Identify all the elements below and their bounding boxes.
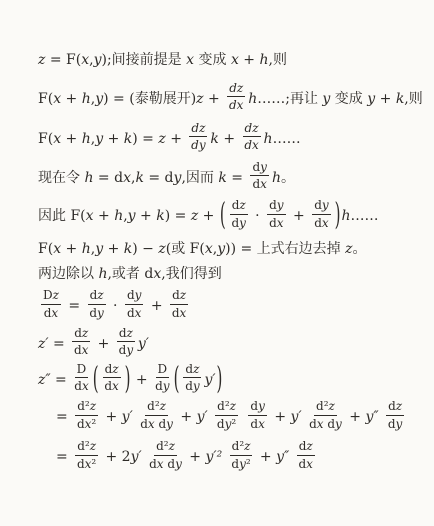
math-text: y: [95, 131, 103, 147]
math-text: x: [186, 52, 194, 68]
fraction-denominator: dx²: [77, 456, 96, 471]
formula-line-10: z″ = Ddx(dzdx) + Ddy(dzdyy′): [38, 364, 424, 396]
math-text: D: [158, 362, 168, 376]
math-text: d: [172, 306, 180, 320]
fraction-denominator: dx dy: [309, 416, 342, 431]
math-text: d: [309, 417, 317, 431]
math-text: y′: [204, 372, 215, 388]
fraction-numerator: dz: [297, 439, 315, 455]
math-text: y: [175, 457, 182, 471]
fraction-denominator: dx: [44, 305, 58, 320]
math-text: y′²: [206, 449, 227, 465]
math-text: y′: [131, 449, 147, 465]
fraction: dzdx: [227, 81, 245, 113]
math-text: ) =: [165, 208, 191, 224]
math-text: z: [345, 241, 352, 257]
big-paren: (: [93, 357, 99, 398]
fraction-denominator: dx²: [77, 416, 96, 431]
math-text: +: [255, 449, 276, 465]
math-text: y: [163, 379, 170, 393]
math-text: x: [86, 208, 94, 224]
fraction-numerator: dz: [170, 288, 188, 304]
fraction: d²zdy²: [215, 399, 238, 431]
fraction-numerator: Dz: [41, 288, 61, 304]
math-text: = d: [93, 169, 123, 185]
math-text: ,或者 d: [107, 266, 153, 282]
fraction-numerator: d²z: [75, 399, 98, 415]
fraction-denominator: dx: [298, 456, 312, 471]
math-text: k: [156, 208, 164, 224]
math-text: +: [176, 409, 197, 425]
fraction-denominator: dx: [250, 416, 264, 431]
math-text: ……;再让: [257, 91, 322, 107]
math-text: d: [155, 417, 167, 431]
math-text: z: [306, 439, 312, 453]
math-text: )) = 上式右边去掉: [225, 241, 345, 257]
math-text: x: [258, 417, 265, 431]
math-text: y: [335, 417, 342, 431]
math-text: +: [239, 52, 260, 68]
math-text: y′: [291, 409, 307, 425]
math-text: d: [324, 417, 336, 431]
math-text: y: [95, 241, 103, 257]
math-text: D: [77, 362, 87, 376]
math-text: k: [135, 169, 143, 185]
fraction-numerator: dy: [248, 399, 266, 415]
fraction-denominator: dx: [244, 137, 258, 152]
math-text: ……: [351, 208, 379, 224]
fraction-numerator: dy: [125, 288, 143, 304]
fraction: dydx: [248, 399, 266, 431]
math-text: =: [49, 336, 70, 352]
math-text: d: [314, 198, 322, 212]
math-text: +: [94, 208, 115, 224]
math-text: + 2: [101, 449, 131, 465]
math-text: +: [146, 298, 167, 314]
math-text: z: [127, 326, 133, 340]
math-text: +: [61, 131, 82, 147]
math-text: x: [306, 457, 313, 471]
fraction-numerator: d²z: [145, 399, 168, 415]
big-paren: (: [174, 357, 180, 398]
big-paren: ): [335, 194, 341, 235]
math-text: y: [367, 91, 375, 107]
math-text: +: [204, 91, 225, 107]
math-text: 现在令: [38, 169, 84, 185]
fraction: dzdy: [189, 121, 207, 153]
math-text: h: [82, 241, 91, 257]
math-text: z: [90, 439, 96, 453]
big-paren: ): [217, 357, 223, 398]
fraction: d²zdx dy: [149, 439, 182, 471]
math-text: y: [217, 241, 225, 257]
math-text: x: [53, 241, 61, 257]
fraction-denominator: dx: [104, 378, 118, 393]
formula-line-12: = d²zdx² + 2y′ d²zdx dy + y′² d²zdy² + y…: [38, 441, 424, 473]
math-text: y: [239, 457, 246, 471]
math-text: x: [82, 379, 89, 393]
math-text: D: [43, 288, 53, 302]
math-text: z: [230, 399, 236, 413]
fraction-numerator: dz: [230, 198, 248, 214]
math-text: 。: [353, 241, 367, 257]
math-text: 两边除以: [38, 266, 98, 282]
math-text: x: [260, 177, 267, 191]
math-text: k: [124, 241, 132, 257]
math-text: h: [342, 208, 351, 224]
fraction-numerator: dz: [386, 399, 404, 415]
formula-line-06: F(x + h,y + k) − z(或 F(x,y)) = 上式右边去掉 z。: [38, 239, 424, 259]
math-text: d: [127, 306, 135, 320]
math-text: y: [126, 343, 133, 357]
math-text: z: [196, 91, 203, 107]
fraction: Ddx: [74, 362, 88, 394]
math-text: +: [61, 91, 82, 107]
math-text: d: [231, 457, 239, 471]
math-text: d²: [316, 399, 329, 413]
formula-line-04: 现在令 h = dx,k = dy,因而 k = dydxh。: [38, 162, 424, 194]
fraction-denominator: dy: [119, 342, 133, 357]
math-text: k: [124, 131, 132, 147]
math-text: x: [148, 417, 155, 431]
math-text: d: [250, 399, 258, 413]
math-text: x: [205, 241, 213, 257]
fraction-denominator: dx: [74, 342, 88, 357]
math-text: ) −: [132, 241, 158, 257]
math-text: dx: [244, 138, 258, 152]
math-text: (或 F(: [166, 241, 205, 257]
math-text: +: [166, 131, 187, 147]
math-text: k: [210, 131, 218, 147]
fraction-numerator: dz: [103, 362, 121, 378]
math-text: z: [53, 288, 59, 302]
formula-line-11: = d²zdx² + y′ d²zdx dy + y′ d²zdy² dydx …: [38, 401, 424, 433]
math-text: y: [135, 288, 142, 302]
fraction: d²zdx²: [75, 439, 98, 471]
math-text: +: [345, 409, 366, 425]
fraction-numerator: d²z: [215, 399, 238, 415]
formula-line-08: Dzdx = dzdy · dydx + dzdx: [38, 290, 424, 322]
math-text: +: [270, 409, 291, 425]
fraction-numerator: dz: [189, 121, 207, 137]
math-text: d: [164, 457, 176, 471]
fraction-numerator: d²z: [314, 399, 337, 415]
math-text: z: [193, 362, 199, 376]
fraction: dzdy: [88, 288, 106, 320]
fraction: dydx: [312, 198, 330, 230]
math-text: =: [64, 298, 85, 314]
math-text: d²: [232, 439, 245, 453]
math-text: x: [51, 306, 58, 320]
math-text: z: [169, 439, 175, 453]
math-text: +: [198, 208, 219, 224]
math-text: d: [104, 379, 112, 393]
fraction-numerator: D: [156, 362, 170, 378]
math-text: z″: [38, 372, 51, 388]
math-text: 变成: [330, 91, 367, 107]
math-text: d: [388, 417, 396, 431]
math-text: d: [119, 326, 127, 340]
math-text: +: [93, 336, 114, 352]
math-text: y″: [276, 449, 294, 465]
fraction-numerator: dz: [88, 288, 106, 304]
math-text: y: [396, 417, 403, 431]
math-text: x: [112, 379, 119, 393]
math-text: +: [289, 208, 310, 224]
math-text: d: [252, 177, 260, 191]
math-text: +: [185, 449, 206, 465]
fraction: d²zdx dy: [309, 399, 342, 431]
math-text: z: [82, 326, 88, 340]
math-text: h: [82, 91, 91, 107]
fraction-denominator: dy: [388, 416, 402, 431]
math-text: dz: [245, 121, 259, 135]
math-text: k: [218, 169, 226, 185]
math-text: d: [149, 457, 157, 471]
math-text: y: [322, 198, 329, 212]
math-text: x: [180, 306, 187, 320]
math-text: F(: [38, 91, 53, 107]
big-paren: ): [125, 357, 131, 398]
math-text: d: [74, 326, 82, 340]
math-text: d: [77, 417, 85, 431]
math-text: h: [82, 131, 91, 147]
math-text: d: [77, 457, 85, 471]
math-text: = F(: [45, 52, 81, 68]
fraction-numerator: d²z: [75, 439, 98, 455]
math-text: d²: [156, 439, 169, 453]
math-text: z′: [38, 336, 49, 352]
math-text: +: [61, 241, 82, 257]
math-text: ·: [251, 208, 264, 224]
math-text: z: [329, 399, 335, 413]
fraction-denominator: dy: [155, 378, 169, 393]
math-text: z: [244, 439, 250, 453]
math-text: d: [217, 417, 225, 431]
math-text: dy: [191, 138, 205, 152]
fraction-numerator: dz: [243, 121, 261, 137]
math-text: x: [322, 216, 329, 230]
math-text: x: [53, 131, 61, 147]
math-text: y: [97, 306, 104, 320]
math-text: z: [112, 362, 118, 376]
formula-line-07: 两边除以 h,或者 dx,我们得到: [38, 264, 424, 284]
fraction-denominator: dx dy: [140, 416, 173, 431]
math-text: z: [97, 288, 103, 302]
math-text: ,则: [404, 91, 422, 107]
math-text: +: [103, 131, 124, 147]
fraction: dzdx: [72, 326, 90, 358]
fraction-numerator: d²z: [154, 439, 177, 455]
fraction-denominator: dy: [231, 215, 245, 230]
fraction: dzdx: [297, 439, 315, 471]
math-text: [241, 409, 245, 425]
math-text: d: [89, 306, 97, 320]
fraction-numerator: dy: [250, 160, 268, 176]
math-text: +: [219, 131, 240, 147]
math-text: d: [172, 288, 180, 302]
math-text: ²: [91, 457, 96, 471]
math-text: ,则: [269, 52, 287, 68]
math-text: y′: [122, 409, 138, 425]
fraction: dzdy: [386, 399, 404, 431]
math-text: x: [277, 216, 284, 230]
math-text: dz: [191, 121, 205, 135]
fraction: Ddy: [155, 362, 169, 394]
formula-line-01: z = F(x,y);间接前提是 x 变成 x + h,则: [38, 50, 424, 70]
math-text: x: [157, 457, 164, 471]
math-text: =: [51, 372, 72, 388]
math-text: F(: [38, 241, 53, 257]
fraction: dzdx: [170, 288, 188, 320]
math-text: ) =: [132, 131, 158, 147]
fraction: dzdx: [103, 362, 121, 394]
math-text: d: [252, 160, 260, 174]
math-text: ²: [231, 417, 236, 431]
math-text: ²: [91, 417, 96, 431]
math-text: d: [314, 216, 322, 230]
fraction-denominator: dx: [74, 378, 88, 393]
math-text: d: [155, 379, 163, 393]
math-text: h: [272, 169, 281, 185]
fraction-denominator: dx: [172, 305, 186, 320]
fraction-numerator: dz: [117, 326, 135, 342]
math-text: ·: [109, 298, 122, 314]
math-text: dx: [229, 98, 243, 112]
math-text: d: [269, 198, 277, 212]
math-text: +: [136, 208, 157, 224]
fraction-numerator: dz: [227, 81, 245, 97]
math-text: ,因而: [181, 169, 218, 185]
math-text: = d: [144, 169, 174, 185]
math-text: dz: [229, 81, 243, 95]
math-text: y: [239, 216, 246, 230]
math-text: y″: [365, 409, 383, 425]
math-text: y: [258, 399, 265, 413]
fraction-denominator: dx: [269, 215, 283, 230]
fraction-numerator: dz: [183, 362, 201, 378]
math-text: x: [317, 417, 324, 431]
fraction-denominator: dx: [314, 215, 328, 230]
fraction-denominator: dx: [229, 97, 243, 112]
fraction: dydx: [250, 160, 268, 192]
math-text: +: [131, 372, 152, 388]
formula-line-02: F(x + h,y) = (泰勒展开)z + dzdxh……;再让 y 变成 y…: [38, 83, 424, 115]
fraction: d²zdy²: [230, 439, 253, 471]
math-text: );间接前提是: [101, 52, 186, 68]
math-text: z: [239, 198, 245, 212]
fraction: dydx: [267, 198, 285, 230]
formula-line-03: F(x + h,y + k) = z + dzdyk + dzdxh……: [38, 123, 424, 155]
math-text: F(: [38, 131, 53, 147]
math-text: x: [53, 91, 61, 107]
math-text: y: [128, 208, 136, 224]
fraction-denominator: dx: [127, 305, 141, 320]
math-text: z: [396, 399, 402, 413]
math-text: d²: [77, 399, 90, 413]
fraction-numerator: d²z: [230, 439, 253, 455]
math-text: ²: [246, 457, 251, 471]
math-text: 变成: [194, 52, 231, 68]
fraction: d²zdx dy: [140, 399, 173, 431]
math-text: d²: [147, 399, 160, 413]
math-text: h: [248, 91, 257, 107]
fraction-numerator: dy: [267, 198, 285, 214]
fraction: dzdx: [243, 121, 261, 153]
math-text: =: [56, 449, 72, 465]
math-text: d: [185, 362, 193, 376]
book-page: z = F(x,y);间接前提是 x 变成 x + h,则F(x + h,y) …: [0, 0, 434, 526]
formula-line-09: z′ = dzdx + dzdyy′: [38, 328, 424, 360]
math-text: ……: [273, 131, 301, 147]
math-text: d: [185, 379, 193, 393]
math-text: y′: [138, 336, 149, 352]
math-text: ,我们得到: [161, 266, 221, 282]
math-text: x: [231, 52, 239, 68]
math-text: z: [158, 131, 165, 147]
fraction-denominator: dy: [191, 137, 205, 152]
fraction-denominator: dy²: [217, 416, 236, 431]
math-text: h: [264, 131, 273, 147]
fraction-numerator: dz: [72, 326, 90, 342]
fraction: dzdy: [117, 326, 135, 358]
math-text: ) = (泰勒展开): [103, 91, 196, 107]
math-text: y: [166, 417, 173, 431]
math-text: +: [375, 91, 396, 107]
fraction-denominator: dy: [185, 378, 199, 393]
document-body: z = F(x,y);间接前提是 x 变成 x + h,则F(x + h,y) …: [38, 50, 424, 473]
math-text: 。: [281, 169, 295, 185]
fraction: dydx: [125, 288, 143, 320]
math-text: =: [227, 169, 248, 185]
math-text: x: [135, 306, 142, 320]
math-text: x: [82, 343, 89, 357]
math-text: y′: [197, 409, 213, 425]
fraction-denominator: dy: [89, 305, 103, 320]
math-text: d: [388, 399, 396, 413]
fraction-numerator: dy: [312, 198, 330, 214]
math-text: d: [269, 216, 277, 230]
math-text: y: [260, 160, 267, 174]
math-text: z: [90, 399, 96, 413]
math-text: h: [259, 52, 268, 68]
fraction: Dzdx: [41, 288, 61, 320]
fraction: dzdy: [230, 198, 248, 230]
math-text: d²: [217, 399, 230, 413]
math-text: y: [95, 91, 103, 107]
math-text: +: [101, 409, 122, 425]
math-text: d: [231, 216, 239, 230]
math-text: d: [127, 288, 135, 302]
fraction-denominator: dx dy: [149, 456, 182, 471]
fraction-denominator: dy²: [231, 456, 250, 471]
math-text: d: [74, 379, 82, 393]
fraction: dzdy: [183, 362, 201, 394]
math-text: d: [250, 417, 258, 431]
math-text: h: [114, 208, 123, 224]
math-text: z: [160, 399, 166, 413]
math-text: y: [193, 379, 200, 393]
math-text: d: [74, 343, 82, 357]
math-text: 因此 F(: [38, 208, 86, 224]
math-text: =: [56, 409, 72, 425]
math-text: d²: [77, 439, 90, 453]
math-text: +: [103, 241, 124, 257]
math-text: d: [140, 417, 148, 431]
fraction-denominator: dx: [252, 176, 266, 191]
math-text: x: [81, 52, 89, 68]
big-paren: (: [220, 194, 226, 235]
